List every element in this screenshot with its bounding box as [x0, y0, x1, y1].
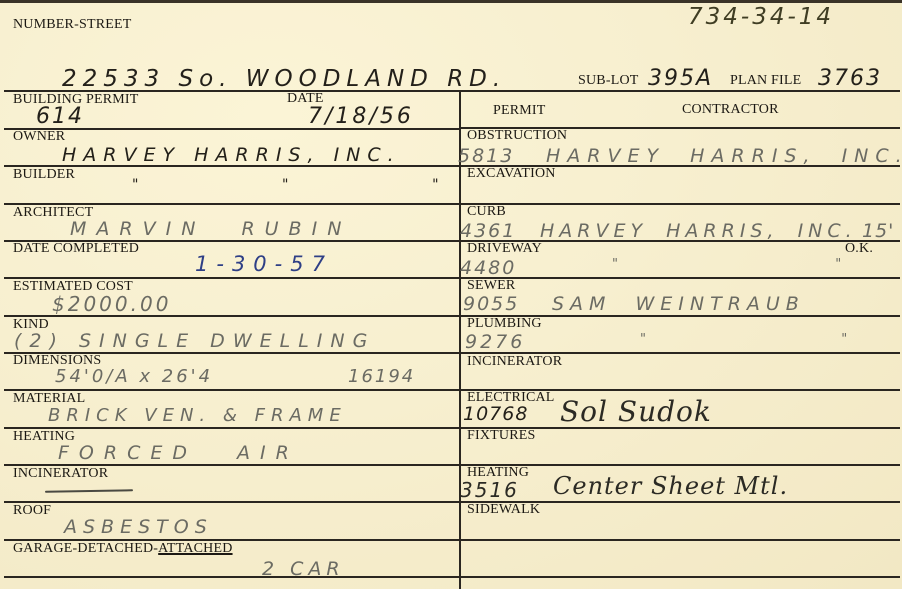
rule-7 [4, 352, 900, 354]
builder-value: " " " [132, 178, 451, 192]
sidewalk-label: SIDEWALK [467, 503, 540, 517]
sewer-contractor: SAM WEINTRAUB [552, 295, 805, 314]
owner-value: HARVEY HARRIS, INC. [62, 146, 401, 165]
rule-8 [4, 389, 900, 391]
sewer-permit: 9055 [463, 295, 519, 314]
plumbing-permit: 9276 [465, 333, 525, 352]
excavation-label: EXCAVATION [467, 167, 556, 181]
contractor-header: CONTRACTOR [682, 103, 779, 117]
driveway-contractor: " " " [612, 258, 902, 271]
curb-contractor: HARVEY HARRIS, INC. [540, 222, 857, 241]
fixtures-label: FIXTURES [467, 429, 536, 443]
permit-header: PERMIT [493, 104, 546, 118]
garage-label-prefix: GARAGE-DETACHED- [13, 541, 158, 556]
electrical-contractor: Sol Sudok [560, 398, 712, 426]
incinerator-dash [45, 489, 133, 493]
number-street-label: NUMBER-STREET [13, 18, 132, 32]
rule-10 [4, 464, 900, 466]
material-label: MATERIAL [13, 392, 85, 406]
obstruction-label: OBSTRUCTION [467, 129, 567, 143]
driveway-label: DRIVEWAY [467, 242, 542, 256]
obstruction-contractor: HARVEY HARRIS, INC. [546, 147, 902, 166]
kind-value: (2) SINGLE DWELLING [14, 332, 375, 351]
driveway-status: O.K. [845, 242, 873, 256]
sub-lot-label: SUB-LOT [578, 74, 639, 88]
curb-permit: 4361 [460, 222, 516, 241]
incinerator-right-label: INCINERATOR [467, 355, 562, 369]
building-permit-value: 614 [36, 106, 84, 128]
roof-value: ASBESTOS [64, 518, 213, 537]
rule-13 [4, 576, 900, 578]
date-completed-value: 1-30-57 [195, 254, 333, 275]
date-value: 7/18/56 [308, 106, 414, 128]
curb-note: 15' [862, 222, 894, 241]
number-street-value: 22533 So. WOODLAND RD. [62, 68, 506, 91]
rule-3 [4, 203, 900, 205]
material-value: BRICK VEN. & FRAME [48, 407, 347, 425]
dimensions-value: 54'0/A x 26'4 [55, 368, 213, 386]
estimated-cost-value: $2000.00 [52, 294, 171, 314]
electrical-permit: 10768 [463, 405, 528, 424]
rule-9 [4, 427, 900, 429]
sub-lot-value: 395A [648, 68, 713, 90]
builder-label: BUILDER [13, 168, 75, 182]
incinerator-label: INCINERATOR [13, 467, 108, 481]
rule-5 [4, 277, 900, 279]
plan-file-label: PLAN FILE [730, 74, 801, 88]
owner-label: OWNER [13, 130, 65, 144]
permit-index-card: 734-34-14 NUMBER-STREET 22533 So. WOODLA… [0, 0, 902, 589]
roof-label: ROOF [13, 504, 51, 518]
architect-value: MARVIN RUBIN [70, 220, 351, 239]
plumbing-label: PLUMBING [467, 317, 542, 331]
garage-value: 2 CAR [262, 560, 345, 579]
curb-label: CURB [467, 205, 506, 219]
driveway-permit: 4480 [460, 259, 516, 278]
reference-number: 734-34-14 [688, 6, 834, 29]
date-completed-label: DATE COMPLETED [13, 242, 139, 256]
rule-11 [4, 501, 900, 503]
garage-label: GARAGE-DETACHED-ATTACHED [13, 542, 233, 556]
dimensions-extra: 16194 [348, 368, 415, 386]
heating-contractor: Center Sheet Mtl. [553, 474, 788, 498]
heating-permit: 3516 [460, 480, 519, 500]
obstruction-permit: 5813 [458, 147, 514, 166]
heating-value: FORCED AIR [58, 444, 299, 463]
plan-file-value: 3763 [818, 68, 882, 90]
garage-label-attached: ATTACHED [158, 541, 232, 556]
plumbing-contractor: " " [640, 333, 861, 346]
sewer-label: SEWER [467, 279, 515, 293]
